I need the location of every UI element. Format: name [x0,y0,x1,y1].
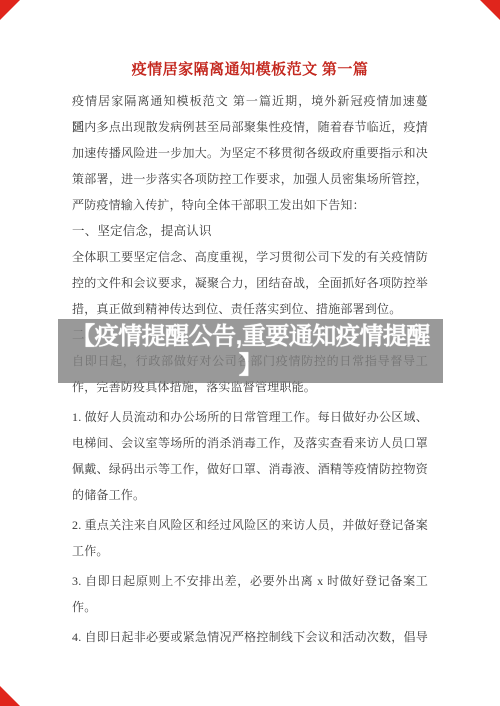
corner-decoration-bottom-left [0,686,20,706]
text-line: 策部署，进一步落实各项防控工作要求，加强人员密集场所管控， [72,166,428,192]
numbered-item: 4. 自即日起非必要或紧急情况严格控制线下会议和活动次数，倡导 [72,624,428,650]
text-line: 全体职工要坚定信念、高度重视，学习贯彻公司下发的有关疫情防 [72,244,428,270]
corner-decoration-top-right [480,0,500,20]
text-line: 2. 重点关注来自风险区和经过风险区的来访人员，并做好登记备案 [72,512,428,538]
text-line: 控的文件和会议要求，凝聚合力，团结奋战，全面抓好各项防控举 [72,270,428,296]
text-line: 电梯间、会议室等场所的消杀消毒工作，及落实查看来访人员口罩 [72,430,428,456]
overlay-banner: 【疫情提醒公告,重要通知疫情提醒 】 [58,319,443,383]
text-line: 作。 [72,594,428,620]
text-line: 严防疫情输入传扩，特向全体干部职工发出如下告知： [72,192,428,218]
corner-decoration-top-left [0,0,20,20]
paragraph: 疫情居家隔离通知模板范文 第一篇近期，境外新冠疫情加速蔓延，国内多点出现散发病例… [72,88,428,218]
paragraph: 全体职工要坚定信念、高度重视，学习贯彻公司下发的有关疫情防控的文件和会议要求，凝… [72,244,428,322]
page-title: 疫情居家隔离通知模板范文 第一篇 [0,0,500,82]
text-line: 疫情居家隔离通知模板范文 第一篇近期，境外新冠疫情加速蔓延， [72,88,428,114]
text-line: 加速传播风险进一步加大。为坚定不移贯彻各级政府重要指示和决 [72,140,428,166]
text-line: 的储备工作。 [72,482,428,508]
text-line: 国内多点出现散发病例甚至局部聚集性疫情，随着春节临近，疫情 [72,114,428,140]
numbered-item: 2. 重点关注来自风险区和经过风险区的来访人员，并做好登记备案工作。 [72,512,428,564]
text-line: 1. 做好人员流动和办公场所的日常管理工作。每日做好办公区域、 [72,404,428,430]
text-line: 3. 自即日起原则上不安排出差，必要外出离 x 时做好登记备案工 [72,568,428,594]
numbered-item: 1. 做好人员流动和办公场所的日常管理工作。每日做好办公区域、电梯间、会议室等场… [72,404,428,508]
text-line: 佩戴、绿码出示等工作，做好口罩、消毒液、酒精等疫情防控物资 [72,456,428,482]
overlay-title-line-2: 】 [239,351,263,380]
numbered-item: 3. 自即日起原则上不安排出差，必要外出离 x 时做好登记备案工作。 [72,568,428,620]
text-line: 工作。 [72,538,428,564]
text-line: 4. 自即日起非必要或紧急情况严格控制线下会议和活动次数，倡导 [72,624,428,650]
document-page: 疫情居家隔离通知模板范文 第一篇 疫情居家隔离通知模板范文 第一篇近期，境外新冠… [0,0,500,706]
text-line: 一、坚定信念，提高认识 [72,218,428,244]
overlay-title-line-1: 【疫情提醒公告,重要通知疫情提醒 [71,322,430,351]
section-heading: 一、坚定信念，提高认识 [72,218,428,244]
